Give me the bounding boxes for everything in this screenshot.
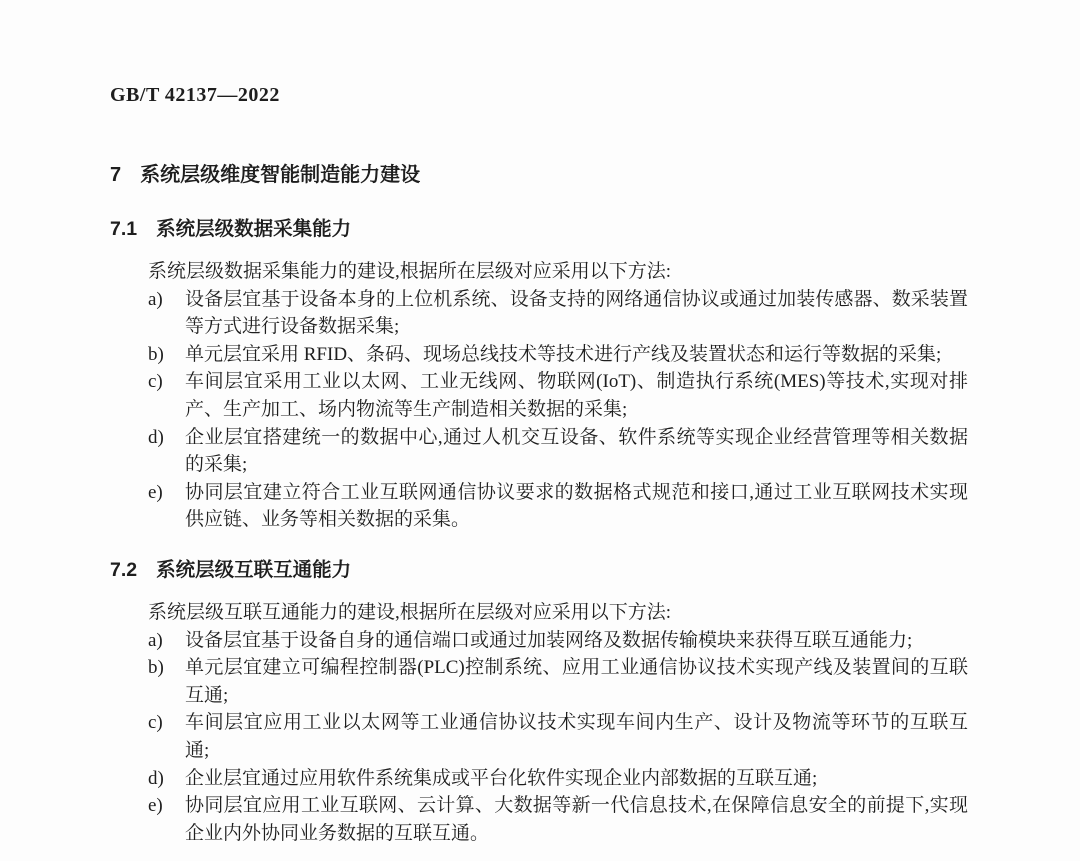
section-7-2: 7.2系统层级互联互通能力 系统层级互联互通能力的建设,根据所在层级对应采用以下…: [110, 558, 968, 847]
list-item: a) 设备层宜基于设备自身的通信端口或通过加装网络及数据传输模块来获得互联互通能…: [110, 627, 968, 655]
list-item: b) 单元层宜采用 RFID、条码、现场总线技术等技术进行产线及装置状态和运行等…: [110, 341, 968, 369]
list-item-text: 设备层宜基于设备自身的通信端口或通过加装网络及数据传输模块来获得互联互通能力;: [185, 627, 968, 655]
list-item: d) 企业层宜通过应用软件系统集成或平台化软件实现企业内部数据的互联互通;: [110, 765, 968, 793]
section-7-2-heading: 7.2系统层级互联互通能力: [110, 558, 968, 582]
list-item-text: 企业层宜搭建统一的数据中心,通过人机交互设备、软件系统等实现企业经营管理等相关数…: [185, 424, 968, 479]
section-7-1-title: 系统层级数据采集能力: [156, 218, 351, 240]
section-7-2-clause-list: a) 设备层宜基于设备自身的通信端口或通过加装网络及数据传输模块来获得互联互通能…: [110, 627, 968, 848]
list-item-label: b): [148, 654, 185, 709]
list-item: e) 协同层宜建立符合工业互联网通信协议要求的数据格式规范和接口,通过工业互联网…: [110, 479, 968, 534]
section-7-2-number: 7.2: [110, 558, 137, 582]
section-7-1-intro: 系统层级数据采集能力的建设,根据所在层级对应采用以下方法:: [110, 258, 968, 286]
list-item-text: 协同层宜建立符合工业互联网通信协议要求的数据格式规范和接口,通过工业互联网技术实…: [185, 479, 968, 534]
list-item-text: 企业层宜通过应用软件系统集成或平台化软件实现企业内部数据的互联互通;: [185, 765, 968, 793]
list-item-text: 车间层宜采用工业以太网、工业无线网、物联网(IoT)、制造执行系统(MES)等技…: [185, 368, 968, 423]
section-7-2-title: 系统层级互联互通能力: [156, 559, 351, 581]
list-item-label: c): [148, 709, 185, 764]
list-item-label: e): [148, 479, 185, 534]
list-item-label: e): [148, 792, 185, 847]
section-7-2-intro: 系统层级互联互通能力的建设,根据所在层级对应采用以下方法:: [110, 599, 968, 627]
standard-number: GB/T 42137—2022: [110, 84, 968, 106]
list-item: b) 单元层宜建立可编程控制器(PLC)控制系统、应用工业通信协议技术实现产线及…: [110, 654, 968, 709]
list-item-label: d): [148, 765, 185, 793]
list-item: a) 设备层宜基于设备本身的上位机系统、设备支持的网络通信协议或通过加装传感器、…: [110, 286, 968, 341]
list-item-text: 单元层宜采用 RFID、条码、现场总线技术等技术进行产线及装置状态和运行等数据的…: [185, 341, 968, 369]
section-7-1: 7.1系统层级数据采集能力 系统层级数据采集能力的建设,根据所在层级对应采用以下…: [110, 217, 968, 534]
list-item-label: a): [148, 286, 185, 341]
chapter-number: 7: [110, 163, 121, 187]
chapter-heading: 7系统层级维度智能制造能力建设: [110, 163, 968, 187]
list-item: c) 车间层宜应用工业以太网等工业通信协议技术实现车间内生产、设计及物流等环节的…: [110, 709, 968, 764]
list-item-text: 设备层宜基于设备本身的上位机系统、设备支持的网络通信协议或通过加装传感器、数采装…: [185, 286, 968, 341]
list-item-text: 协同层宜应用工业互联网、云计算、大数据等新一代信息技术,在保障信息安全的前提下,…: [185, 792, 968, 847]
document-page: GB/T 42137—2022 7系统层级维度智能制造能力建设 7.1系统层级数…: [0, 0, 1080, 861]
chapter-title: 系统层级维度智能制造能力建设: [140, 164, 420, 186]
list-item: d) 企业层宜搭建统一的数据中心,通过人机交互设备、软件系统等实现企业经营管理等…: [110, 424, 968, 479]
section-7-1-number: 7.1: [110, 217, 137, 241]
list-item-label: c): [148, 368, 185, 423]
list-item: c) 车间层宜采用工业以太网、工业无线网、物联网(IoT)、制造执行系统(MES…: [110, 368, 968, 423]
list-item-label: d): [148, 424, 185, 479]
list-item-label: b): [148, 341, 185, 369]
list-item-text: 单元层宜建立可编程控制器(PLC)控制系统、应用工业通信协议技术实现产线及装置间…: [185, 654, 968, 709]
section-7-1-clause-list: a) 设备层宜基于设备本身的上位机系统、设备支持的网络通信协议或通过加装传感器、…: [110, 286, 968, 534]
list-item-text: 车间层宜应用工业以太网等工业通信协议技术实现车间内生产、设计及物流等环节的互联互…: [185, 709, 968, 764]
section-7-1-heading: 7.1系统层级数据采集能力: [110, 217, 968, 241]
list-item-label: a): [148, 627, 185, 655]
list-item: e) 协同层宜应用工业互联网、云计算、大数据等新一代信息技术,在保障信息安全的前…: [110, 792, 968, 847]
